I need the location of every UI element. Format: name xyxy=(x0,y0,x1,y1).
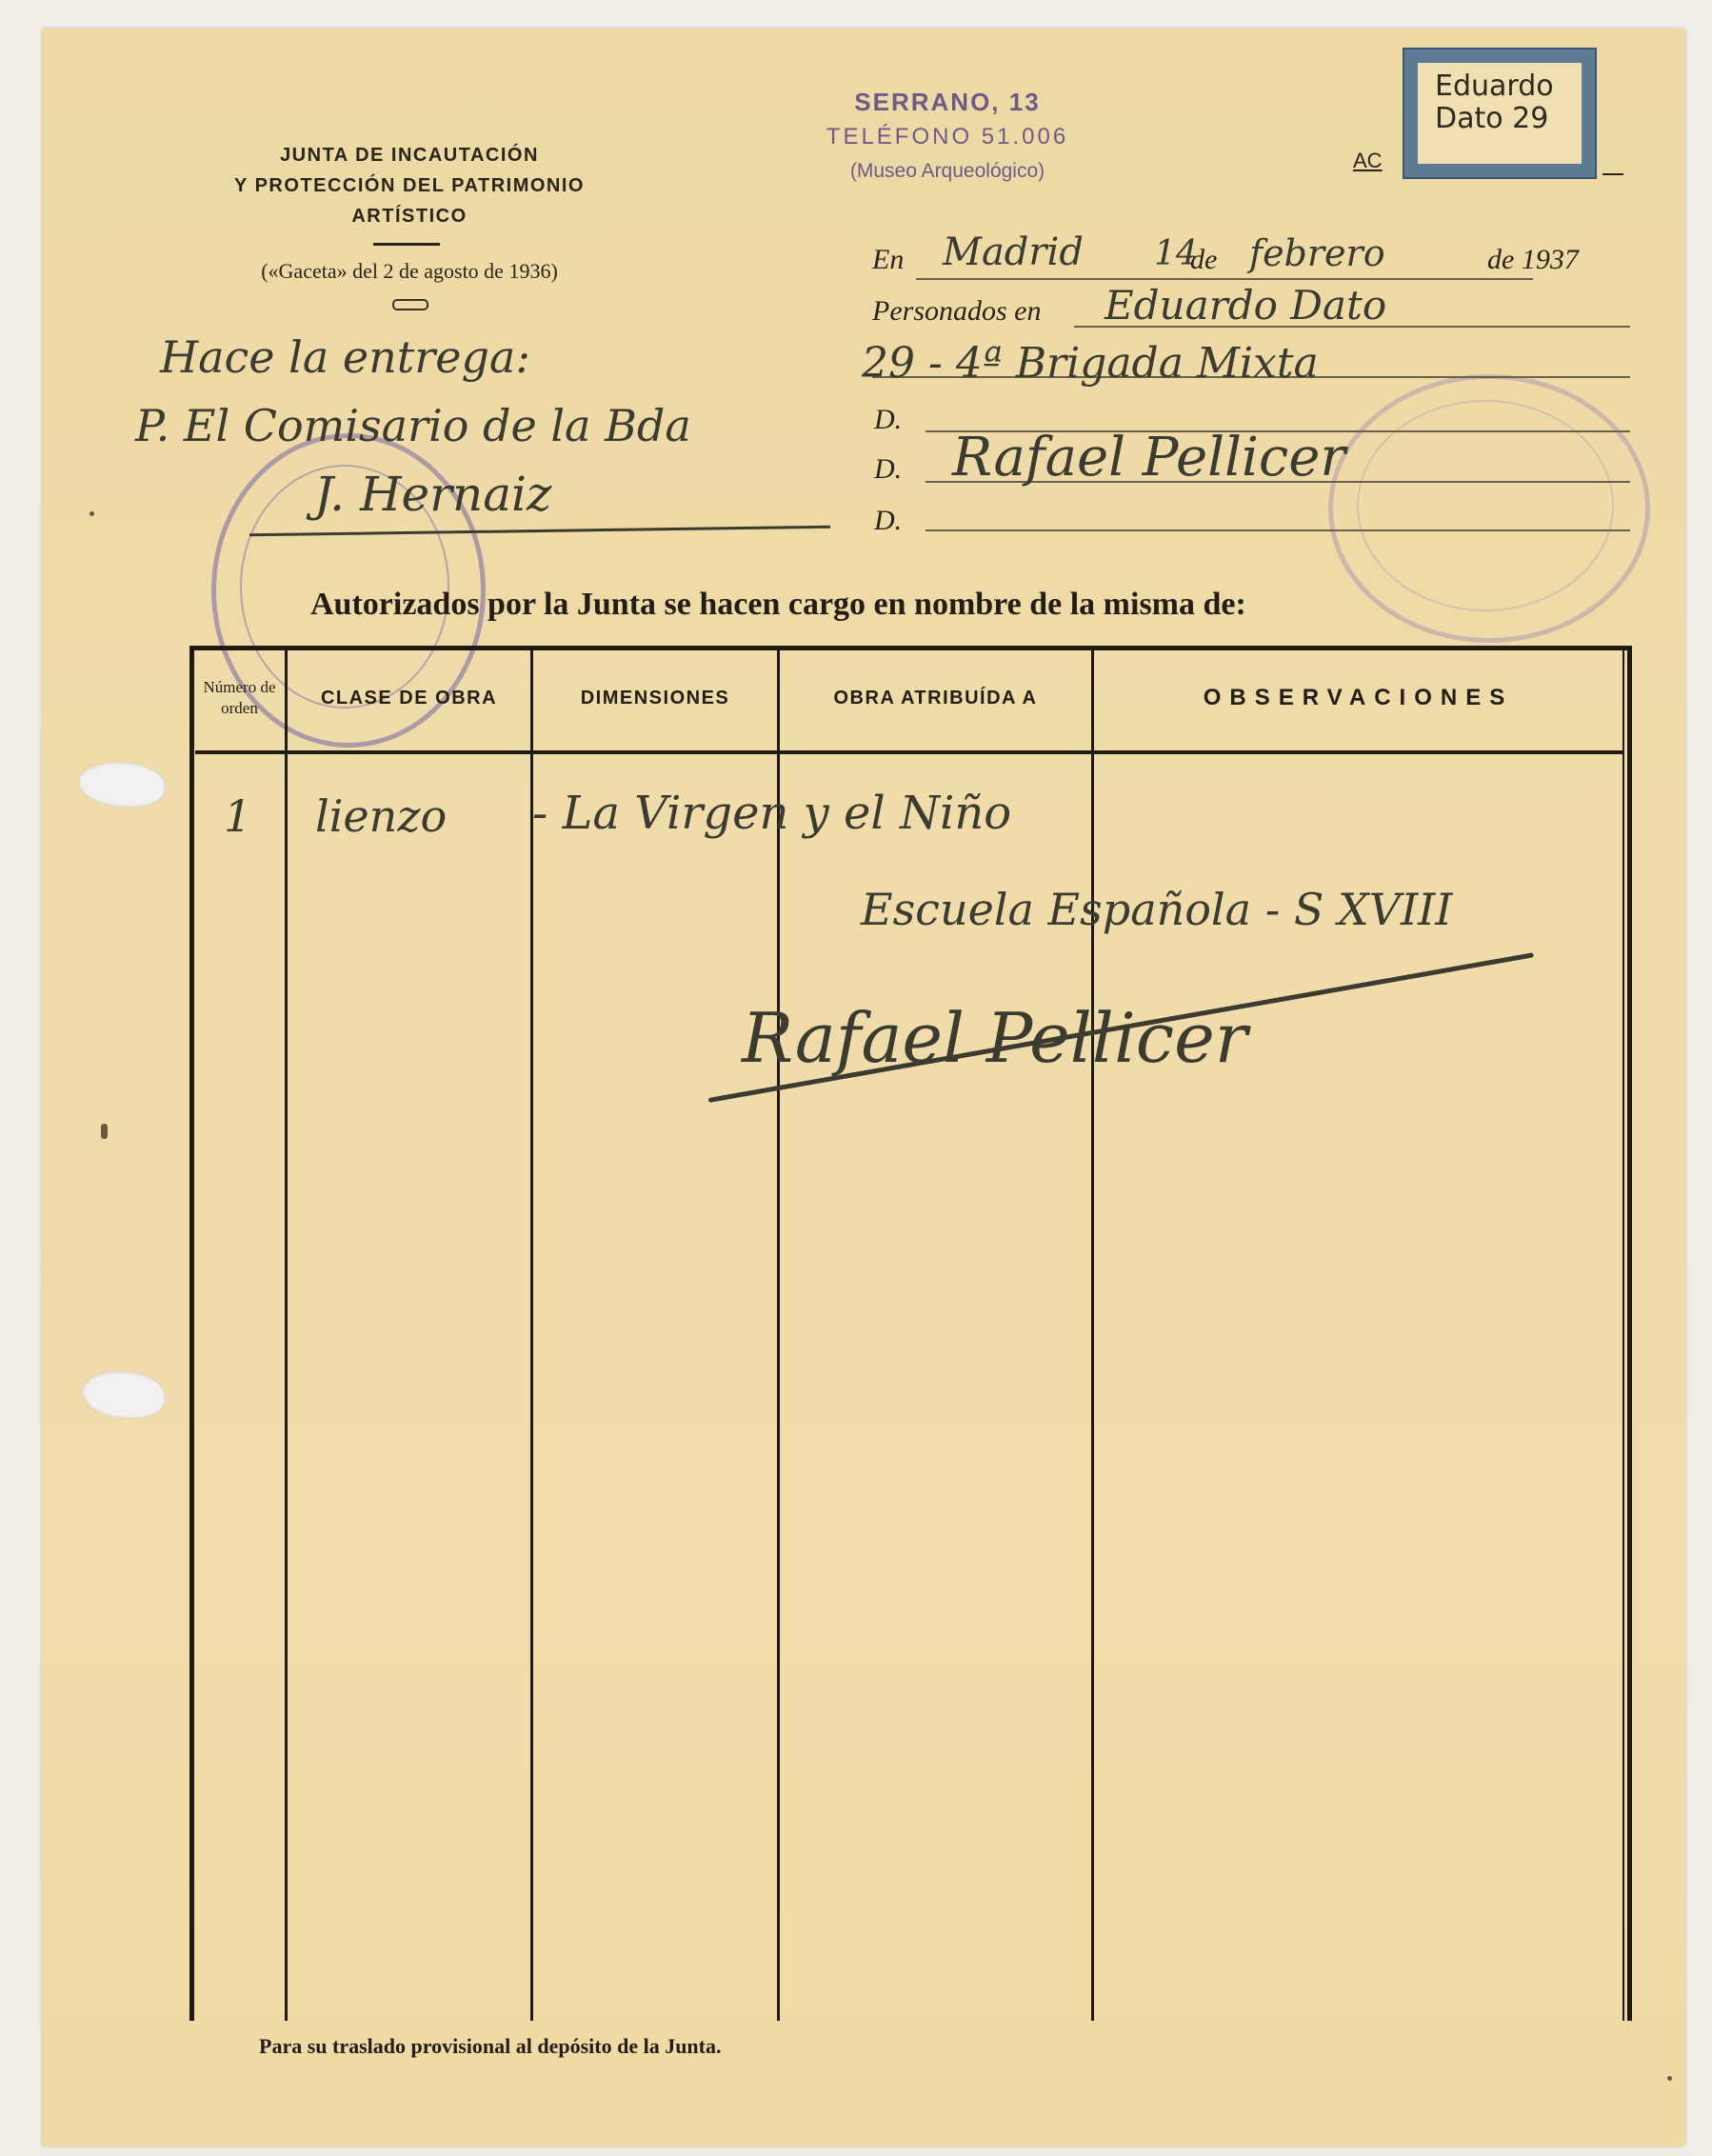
column-divider xyxy=(777,646,780,2021)
column-divider xyxy=(530,646,533,2021)
inventory-table: Número de orden CLASE DE OBRA DIMENSIONE… xyxy=(189,646,1629,2021)
d-value-2: Rafael Pellicer xyxy=(952,427,1345,489)
ac-label: AC xyxy=(1353,149,1383,173)
handover-line-1: Hace la entrega: xyxy=(160,331,530,383)
dash xyxy=(1603,173,1623,175)
header-divider xyxy=(195,750,1622,754)
personados-value-1: Eduardo Dato xyxy=(1105,282,1386,329)
table-signature: Rafael Pellicer xyxy=(742,998,1247,1078)
d-label-3: D. xyxy=(874,505,902,537)
table-right-inner-border xyxy=(1622,646,1624,2021)
row-clase: lienzo xyxy=(315,790,447,842)
col-header-dimensiones: DIMENSIONES xyxy=(533,646,777,750)
ornament-icon xyxy=(392,299,428,310)
stamp-line-2: Dato 29 xyxy=(1435,103,1554,135)
en-label: En xyxy=(872,244,904,276)
address-museum: (Museo Arqueológico) xyxy=(790,160,1105,183)
col-header-clase: CLASE DE OBRA xyxy=(288,646,530,750)
d-label-2: D. xyxy=(874,453,902,486)
row-school: Escuela Española - S XVIII xyxy=(861,884,1452,935)
address-phone: TELÉFONO 51.006 xyxy=(790,124,1105,150)
letterhead-line-2: Y PROTECCIÓN DEL PATRIMONIO xyxy=(190,175,628,197)
letterhead-rule xyxy=(373,243,440,246)
col-header-atribuida: OBRA ATRIBUÍDA A xyxy=(780,646,1091,750)
year-label: de 1937 xyxy=(1487,244,1579,276)
place-date-line xyxy=(916,278,1533,280)
table-left-border xyxy=(189,646,194,2021)
letterhead-line-3: ARTÍSTICO xyxy=(190,206,628,228)
row-description: - La Virgen y el Niño xyxy=(532,787,1011,840)
ink-speck xyxy=(90,511,94,516)
address-stamp: Eduardo Dato 29 xyxy=(1404,50,1595,177)
ink-speck xyxy=(101,1124,108,1139)
handover-signature: J. Hernaiz xyxy=(314,467,551,522)
month-value: febrero xyxy=(1249,232,1385,274)
col-header-observaciones: OBSERVACIONES xyxy=(1094,646,1622,750)
table-right-border xyxy=(1627,646,1632,2021)
personados-label: Personados en xyxy=(872,295,1041,328)
row-numero: 1 xyxy=(224,790,251,842)
stamp-line-1: Eduardo xyxy=(1435,70,1554,103)
handover-line-2: P. El Comisario de la Bda xyxy=(135,400,691,451)
ink-speck xyxy=(1667,2076,1672,2081)
col-header-numero: Número de orden xyxy=(194,646,285,750)
authorization-heading: Autorizados por la Junta se hacen cargo … xyxy=(310,587,1246,623)
column-divider xyxy=(1091,646,1094,2021)
footer-note: Para su traslado provisional al depósito… xyxy=(259,2034,722,2059)
address-street: SERRANO, 13 xyxy=(790,88,1105,117)
d-label-1: D. xyxy=(874,404,902,436)
personados-value-2: 29 - 4ª Brigada Mixta xyxy=(862,339,1319,388)
column-divider xyxy=(285,646,288,2021)
place-value: Madrid xyxy=(943,230,1084,274)
letterhead-line-1: JUNTA DE INCAUTACIÓN xyxy=(190,145,628,167)
d-line-3 xyxy=(926,529,1630,531)
gaceta-reference: («Gaceta» del 2 de agosto de 1936) xyxy=(190,259,628,284)
de-label: de xyxy=(1190,244,1217,276)
